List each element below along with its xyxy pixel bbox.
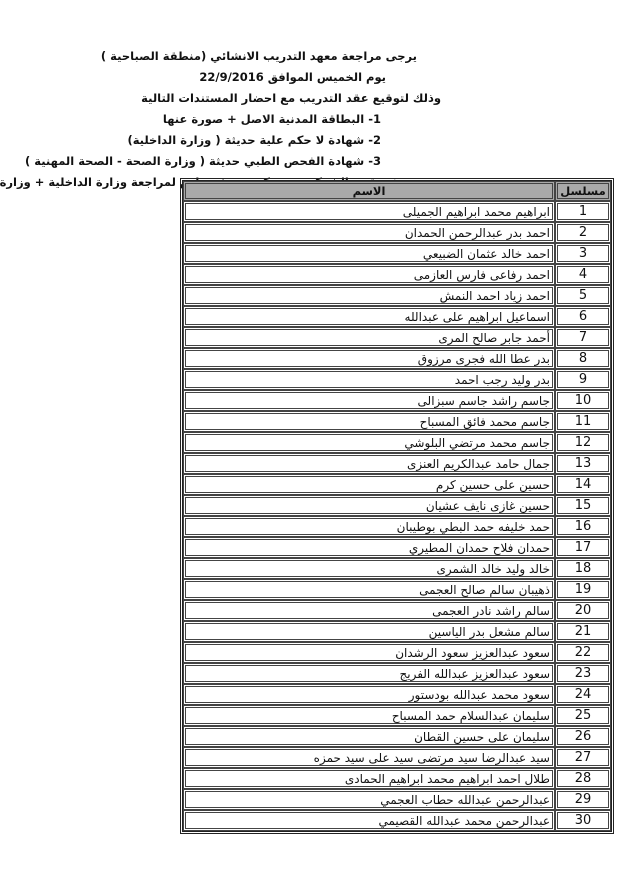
name-cell: خالد وليد خالد الشمرى	[183, 558, 555, 579]
requirement-3: 3- شهادة الفحص الطبي حديثة ( وزارة الصحة…	[0, 151, 639, 172]
name-cell: جاسم راشد جاسم سبزالى	[183, 390, 555, 411]
serial-number-cell: 2	[555, 222, 611, 243]
name-cell: حمدان فلاح حمدان المطيري	[183, 537, 555, 558]
column-header-serial: مسلسل	[555, 181, 611, 201]
header-line-1: يرجى مراجعة معهد التدريب الانشائي (منطقة…	[0, 46, 639, 67]
table-row: 2احمد بدر عبدالرحمن الحمدان	[183, 222, 611, 243]
serial-number-cell: 27	[555, 747, 611, 768]
name-cell: أحمد جابر صالح المرى	[183, 327, 555, 348]
table-row: 13جمال حامد عبدالكريم العنزى	[183, 453, 611, 474]
table-row: 12جاسم محمد مرتضي البلوشي	[183, 432, 611, 453]
table-row: 28طلال احمد ابراهيم محمد ابراهيم الحمادى	[183, 768, 611, 789]
table-row: 9بدر وليد رجب احمد	[183, 369, 611, 390]
serial-number-cell: 9	[555, 369, 611, 390]
table-row: 16حمد خليفه حمد البطي بوطيبان	[183, 516, 611, 537]
name-cell: سليمان على حسين القطان	[183, 726, 555, 747]
table-row: 24سعود محمد عبدالله بودستور	[183, 684, 611, 705]
serial-number-cell: 19	[555, 579, 611, 600]
name-cell: جاسم محمد فائق المسباح	[183, 411, 555, 432]
name-cell: بدر عطا الله فجرى مرزوق	[183, 348, 555, 369]
serial-number-cell: 1	[555, 201, 611, 222]
name-cell: احمد بدر عبدالرحمن الحمدان	[183, 222, 555, 243]
serial-number-cell: 15	[555, 495, 611, 516]
name-cell: جمال حامد عبدالكريم العنزى	[183, 453, 555, 474]
name-cell: سالم مشعل بدر الياسين	[183, 621, 555, 642]
table-row: 27سيد عبدالرضا سيد مرتضى سيد على سيد حمز…	[183, 747, 611, 768]
name-cell: اسماعيل ابراهيم على عبدالله	[183, 306, 555, 327]
table-header-row: مسلسل الاسم	[183, 181, 611, 201]
name-cell: عبدالرحمن محمد عبدالله القصيمي	[183, 810, 555, 831]
name-cell: سعود عبدالعزيز عبدالله الفريج	[183, 663, 555, 684]
table-row: 22سعود عبدالعزيز سعود الرشدان	[183, 642, 611, 663]
serial-number-cell: 28	[555, 768, 611, 789]
table-row: 26سليمان على حسين القطان	[183, 726, 611, 747]
serial-number-cell: 4	[555, 264, 611, 285]
header-line-3: وذلك لتوقيع عقد التدريب مع احضار المستند…	[0, 88, 639, 109]
table-row: 8بدر عطا الله فجرى مرزوق	[183, 348, 611, 369]
serial-number-cell: 8	[555, 348, 611, 369]
serial-number-cell: 10	[555, 390, 611, 411]
name-cell: ابراهيم محمد ابراهيم الجميلى	[183, 201, 555, 222]
serial-number-cell: 18	[555, 558, 611, 579]
serial-number-cell: 11	[555, 411, 611, 432]
serial-number-cell: 22	[555, 642, 611, 663]
table-row: 5احمد زياد احمد النمش	[183, 285, 611, 306]
table-row: 1ابراهيم محمد ابراهيم الجميلى	[183, 201, 611, 222]
table-row: 17حمدان فلاح حمدان المطيري	[183, 537, 611, 558]
name-cell: سليمان عبدالسلام حمد المسباح	[183, 705, 555, 726]
serial-number-cell: 23	[555, 663, 611, 684]
requirement-2: 2- شهادة لا حكم علية حديثة ( وزارة الداخ…	[0, 130, 639, 151]
table-row: 6اسماعيل ابراهيم على عبدالله	[183, 306, 611, 327]
table-row: 30عبدالرحمن محمد عبدالله القصيمي	[183, 810, 611, 831]
serial-number-cell: 5	[555, 285, 611, 306]
name-cell: سالم راشد نادر العجمى	[183, 600, 555, 621]
name-cell: احمد خالد عثمان الضبيعي	[183, 243, 555, 264]
name-cell: عبدالرحمن عبدالله حطاب العجمي	[183, 789, 555, 810]
serial-number-cell: 7	[555, 327, 611, 348]
serial-number-cell: 12	[555, 432, 611, 453]
serial-number-cell: 30	[555, 810, 611, 831]
name-cell: جاسم محمد مرتضي البلوشي	[183, 432, 555, 453]
name-cell: ذهيبان سالم صالح العجمى	[183, 579, 555, 600]
serial-number-cell: 16	[555, 516, 611, 537]
names-table: مسلسل الاسم 1ابراهيم محمد ابراهيم الجميل…	[180, 178, 614, 834]
serial-number-cell: 25	[555, 705, 611, 726]
table-row: 19ذهيبان سالم صالح العجمى	[183, 579, 611, 600]
table-row: 20سالم راشد نادر العجمى	[183, 600, 611, 621]
table-row: 7أحمد جابر صالح المرى	[183, 327, 611, 348]
table-row: 25سليمان عبدالسلام حمد المسباح	[183, 705, 611, 726]
requirement-1: 1- البطاقة المدنية الاصل + صورة عنها	[0, 109, 639, 130]
table-row: 18خالد وليد خالد الشمرى	[183, 558, 611, 579]
serial-number-cell: 17	[555, 537, 611, 558]
name-cell: حسين على حسين كرم	[183, 474, 555, 495]
serial-number-cell: 24	[555, 684, 611, 705]
name-cell: سيد عبدالرضا سيد مرتضى سيد على سيد حمزه	[183, 747, 555, 768]
table-row: 23سعود عبدالعزيز عبدالله الفريج	[183, 663, 611, 684]
serial-number-cell: 6	[555, 306, 611, 327]
name-cell: بدر وليد رجب احمد	[183, 369, 555, 390]
name-cell: سعود محمد عبدالله بودستور	[183, 684, 555, 705]
name-cell: احمد رفاعى فارس العازمى	[183, 264, 555, 285]
serial-number-cell: 3	[555, 243, 611, 264]
serial-number-cell: 14	[555, 474, 611, 495]
header-date-line: يوم الخميس الموافق 22/9/2016	[0, 67, 639, 88]
table-row: 11جاسم محمد فائق المسباح	[183, 411, 611, 432]
table-row: 14حسين على حسين كرم	[183, 474, 611, 495]
name-cell: حمد خليفه حمد البطي بوطيبان	[183, 516, 555, 537]
name-cell: احمد زياد احمد النمش	[183, 285, 555, 306]
table-row: 3احمد خالد عثمان الضبيعي	[183, 243, 611, 264]
table-row: 15حسين غازى نايف عشيان	[183, 495, 611, 516]
serial-number-cell: 21	[555, 621, 611, 642]
document-header: يرجى مراجعة معهد التدريب الانشائي (منطقة…	[0, 46, 639, 192]
serial-number-cell: 29	[555, 789, 611, 810]
serial-number-cell: 20	[555, 600, 611, 621]
table-row: 4احمد رفاعى فارس العازمى	[183, 264, 611, 285]
serial-number-cell: 13	[555, 453, 611, 474]
name-cell: سعود عبدالعزيز سعود الرشدان	[183, 642, 555, 663]
serial-number-cell: 26	[555, 726, 611, 747]
names-table-container: مسلسل الاسم 1ابراهيم محمد ابراهيم الجميل…	[180, 178, 614, 834]
table-row: 10جاسم راشد جاسم سبزالى	[183, 390, 611, 411]
table-row: 21سالم مشعل بدر الياسين	[183, 621, 611, 642]
name-cell: طلال احمد ابراهيم محمد ابراهيم الحمادى	[183, 768, 555, 789]
name-cell: حسين غازى نايف عشيان	[183, 495, 555, 516]
column-header-name: الاسم	[183, 181, 555, 201]
table-row: 29عبدالرحمن عبدالله حطاب العجمي	[183, 789, 611, 810]
